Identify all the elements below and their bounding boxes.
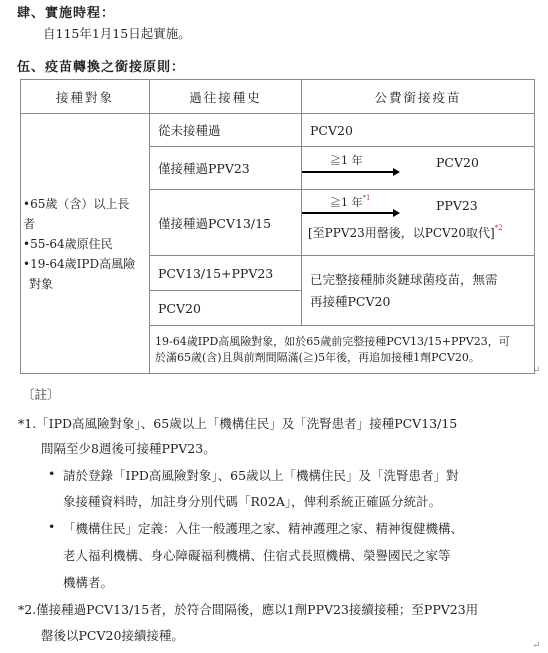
section-4-body: 自115年1月15日起實施。: [43, 24, 191, 42]
interval-label: ≧1 年*1: [330, 194, 370, 210]
merged-vaccine-cell: 已完整接種肺炎鏈球菌疫苗，無需 再接種PCV20: [302, 256, 535, 326]
vaccine-cell: ≧1 年*1 PPV23 [至PPV23用罄後，以PCV20取代]*2: [302, 190, 535, 256]
bullet-icon: •: [48, 466, 55, 481]
note-1-line: 間隔至少8週後可接種PPV23。: [41, 439, 216, 457]
target-group: •19-64歲IPD高風險: [23, 254, 141, 274]
vaccine-name: PCV20: [436, 155, 479, 170]
arrow-icon: [302, 212, 398, 214]
merged-vaccine-line: 已完整接種肺炎鏈球菌疫苗，無需: [310, 269, 526, 291]
target-group-cont: 對象: [23, 274, 141, 294]
arrow-icon: [302, 171, 398, 173]
footnote-ref: *1: [363, 194, 371, 202]
section-5-heading: 伍、疫苗轉換之銜接原則：: [17, 56, 185, 75]
note-1-bullet-line: 老人福利機構、身心障礙福利機構、住宿式長照機構、榮譽國民之家等: [63, 546, 451, 564]
header-vaccine: 公費銜接疫苗: [302, 80, 535, 114]
table-footnote: 19-64歲IPD高風險對象，如於65歲前完整接種PCV13/15+PPV23，…: [150, 326, 535, 374]
table-header-row: 接種對象 過往接種史 公費銜接疫苗: [21, 80, 535, 114]
note-2-line: 罄後以PCV20接續接種。: [41, 626, 184, 644]
header-history: 過往接種史: [150, 80, 302, 114]
paragraph-mark: ↵: [532, 365, 540, 376]
notes-title: 〔註〕: [22, 385, 60, 403]
history-cell: PCV13/15+PPV23: [150, 256, 302, 291]
interval-label: ≧1 年: [330, 152, 363, 168]
note-1-bullet-line: 請於登錄「IPD高風險對象」、65歲以上「機構住民」及「洗腎患者」對: [63, 466, 459, 484]
vaccine-note: [至PPV23用罄後，以PCV20取代]*2: [308, 224, 503, 241]
history-cell: 僅接種過PCV13/15: [150, 190, 302, 256]
footnote-ref: *2: [495, 224, 503, 232]
table-row: •65歲（含）以上長者 •55-64歲原住民 •19-64歲IPD高風險 對象 …: [21, 114, 535, 147]
bullet-icon: •: [48, 519, 55, 534]
history-cell: PCV20: [150, 291, 302, 326]
note-2-line: *2.僅接種過PCV13/15者，於符合間隔後，應以1劑PPV23接續接種；至P…: [18, 600, 478, 618]
header-target: 接種對象: [21, 80, 150, 114]
note-1-bullet-line: 象接種資料時，加註身分別代碼「R02A」，俾利系統正確區分統計。: [63, 492, 441, 510]
note-1-bullet-line: 機構者。: [63, 573, 113, 591]
table-footnote-line: 19-64歲IPD高風險對象，如於65歲前完整接種PCV13/15+PPV23，…: [155, 334, 526, 350]
target-group: •55-64歲原住民: [23, 234, 141, 254]
vaccine-name: PPV23: [436, 198, 478, 213]
vaccine-cell: ≧1 年 PCV20: [302, 147, 535, 190]
target-groups-cell: •65歲（含）以上長者 •55-64歲原住民 •19-64歲IPD高風險 對象: [21, 114, 150, 374]
history-cell: 僅接種過PPV23: [150, 147, 302, 190]
history-cell: 從未接種過: [150, 114, 302, 147]
target-group: •65歲（含）以上長者: [23, 194, 141, 234]
vaccine-cell: PCV20: [302, 114, 535, 147]
merged-vaccine-line: 再接種PCV20: [310, 291, 526, 313]
section-4-heading: 肆、實施時程：: [17, 2, 115, 21]
note-1-bullet-line: 「機構住民」定義：入住一般護理之家、精神護理之家、精神復健機構、: [63, 519, 463, 537]
table-footnote-line: 於滿65歲(含)且與前劑間隔滿(≧)5年後，再追加接種1劑PCV20。: [155, 350, 526, 366]
note-1-line: *1.「IPD高風險對象」、65歲以上「機構住民」及「洗腎患者」接種PCV13/…: [18, 414, 457, 432]
vaccine-transition-table: 接種對象 過往接種史 公費銜接疫苗 •65歲（含）以上長者 •55-64歲原住民…: [20, 79, 535, 374]
paragraph-mark: ↵: [532, 640, 540, 651]
